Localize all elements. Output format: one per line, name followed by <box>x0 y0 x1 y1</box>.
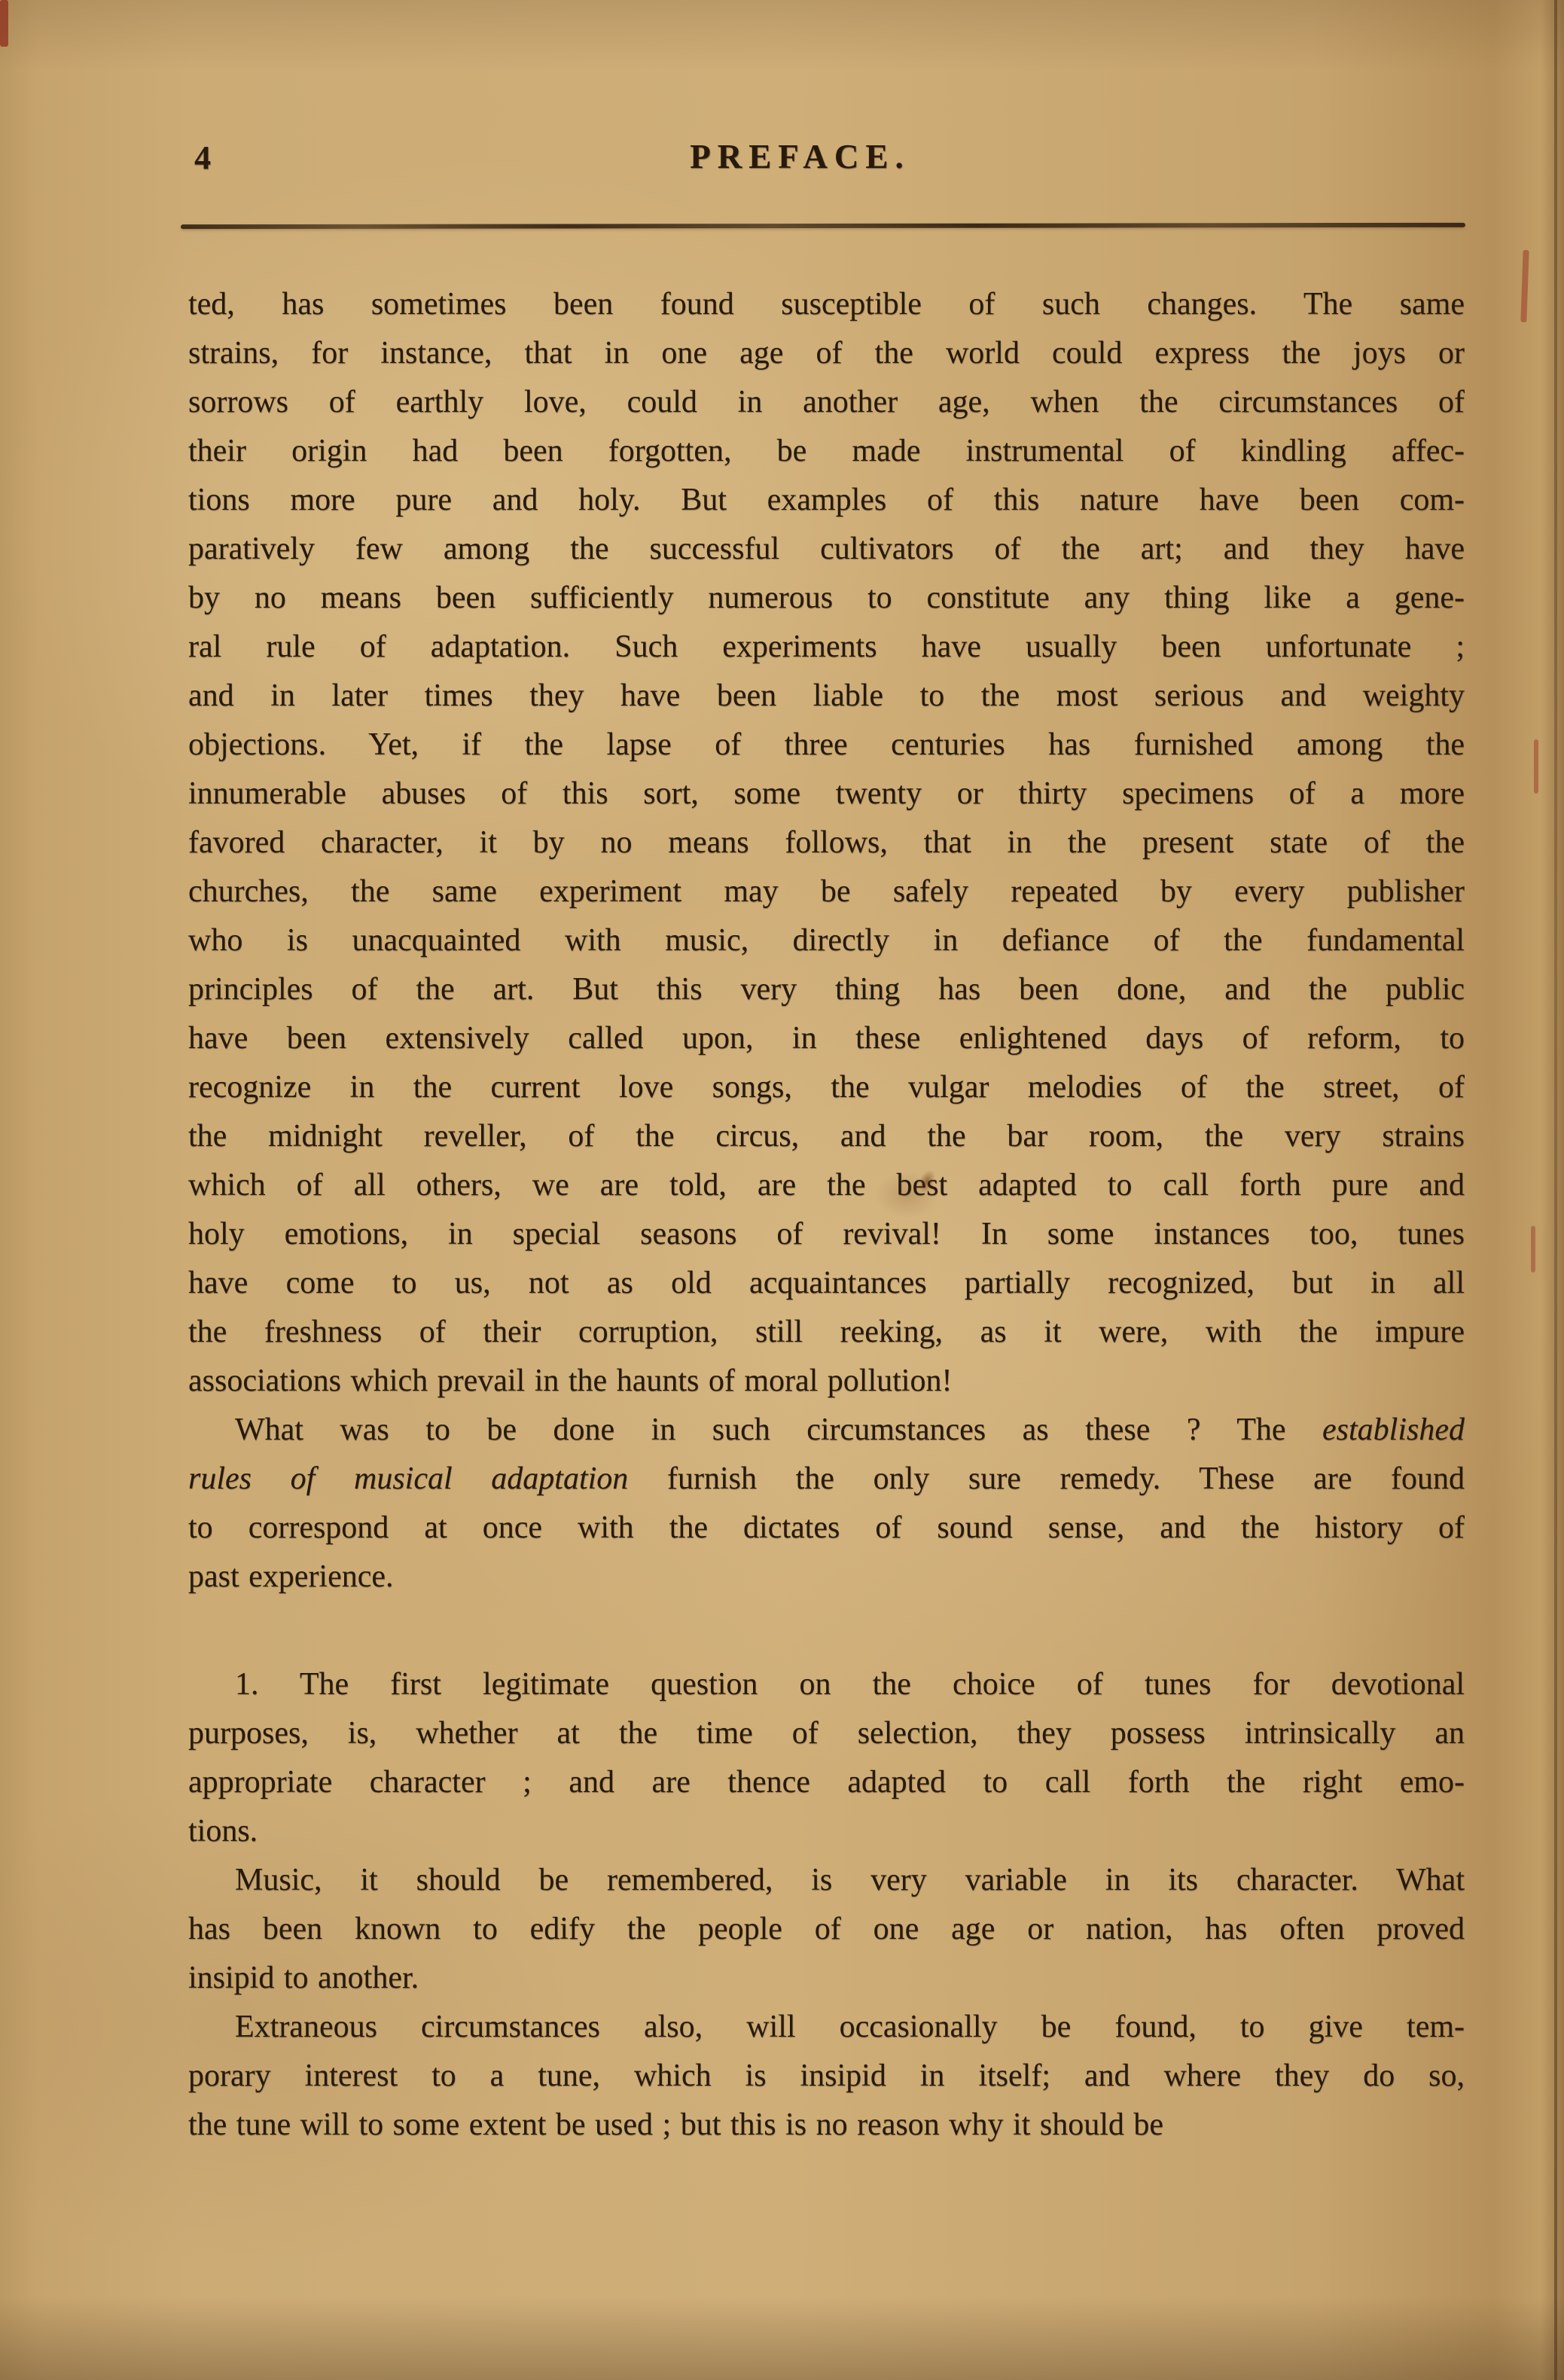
paragraph: Extraneous circumstances also, will occa… <box>188 2003 1465 2150</box>
text-line: favored character, it by no means follow… <box>188 818 1465 867</box>
edge-mark <box>0 0 8 47</box>
text-line: principles of the art. But this very thi… <box>188 965 1465 1014</box>
book-page-scan: 4 PREFACE. ted, has sometimes been found… <box>0 0 1564 2380</box>
text-line: the tune will to some extent be used ; b… <box>188 2101 1465 2150</box>
text-line: which of all others, we are told, are th… <box>188 1161 1465 1210</box>
text-line: the freshness of their corruption, still… <box>188 1308 1465 1357</box>
text-line: strains, for instance, that in one age o… <box>188 329 1465 378</box>
edge-mark <box>1531 1226 1535 1272</box>
text-line: who is unacquainted with music, directly… <box>188 916 1465 965</box>
text-line: have been extensively called upon, in th… <box>188 1014 1465 1063</box>
paragraph: 1. The first legitimate question on the … <box>188 1660 1465 1856</box>
text-line: associations which prevail in the haunts… <box>188 1357 1465 1406</box>
text-line: sorrows of earthly love, could in anothe… <box>188 378 1465 427</box>
text-line: purposes, is, whether at the time of sel… <box>188 1709 1465 1758</box>
text-line: by no means been sufficiently numerous t… <box>188 574 1465 623</box>
text-line: porary interest to a tune, which is insi… <box>188 2052 1465 2101</box>
text-line: and in later times they have been liable… <box>188 672 1465 721</box>
paragraph: What was to be done in such circumstance… <box>188 1406 1465 1601</box>
text-line: rules of musical adaptation furnish the … <box>188 1455 1465 1504</box>
text-line: holy emotions, in special seasons of rev… <box>188 1210 1465 1259</box>
text-line: to correspond at once with the dictates … <box>188 1504 1465 1553</box>
page-edge-line <box>1554 0 1557 2380</box>
edge-mark <box>1520 250 1529 322</box>
text-line: 1. The first legitimate question on the … <box>188 1660 1465 1709</box>
page-title: PREFACE. <box>188 137 1412 176</box>
text-line: objections. Yet, if the lapse of three c… <box>188 721 1465 769</box>
text-line: ted, has sometimes been found susceptibl… <box>188 280 1465 329</box>
text-line: have come to us, not as old acquaintance… <box>188 1259 1465 1308</box>
text-line: churches, the same experiment may be saf… <box>188 867 1465 916</box>
header-rule <box>181 223 1465 229</box>
page-header: 4 PREFACE. <box>188 134 1465 182</box>
edge-mark <box>1534 739 1538 794</box>
text-line: paratively few among the successful cult… <box>188 525 1465 574</box>
text-line: recognize in the current love songs, the… <box>188 1063 1465 1112</box>
text-line: innumerable abuses of this sort, some tw… <box>188 769 1465 818</box>
text-line: appropriate character ; and are thence a… <box>188 1758 1465 1807</box>
page-text: ted, has sometimes been found susceptibl… <box>188 280 1465 2150</box>
paragraph: Music, it should be remembered, is very … <box>188 1856 1465 2003</box>
text-line: past experience. <box>188 1553 1465 1601</box>
text-line: What was to be done in such circumstance… <box>188 1406 1465 1455</box>
text-line: the midnight reveller, of the circus, an… <box>188 1112 1465 1161</box>
text-line: has been known to edify the people of on… <box>188 1905 1465 1954</box>
text-line: tions more pure and holy. But examples o… <box>188 476 1465 525</box>
text-line: tions. <box>188 1807 1465 1856</box>
text-line: their origin had been forgotten, be made… <box>188 427 1465 476</box>
text-line: Extraneous circumstances also, will occa… <box>188 2003 1465 2052</box>
text-line: Music, it should be remembered, is very … <box>188 1856 1465 1905</box>
text-line: ral rule of adaptation. Such experiments… <box>188 623 1465 672</box>
text-line: insipid to another. <box>188 1954 1465 2003</box>
paragraph: ted, has sometimes been found susceptibl… <box>188 280 1465 1406</box>
